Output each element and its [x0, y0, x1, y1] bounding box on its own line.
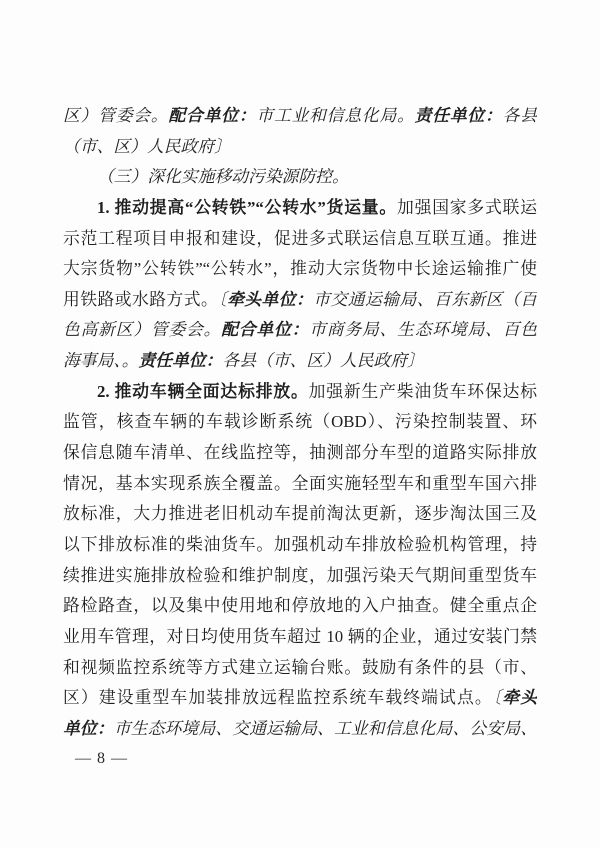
text-line: 2. 推动车辆全面达标排放。加强新生产柴油货车环保达标 [63, 377, 537, 408]
text-line: 监管，核查车辆的车载诊断系统（OBD）、污染控制装置、环 [63, 407, 537, 438]
text-run: 配合单位： [169, 106, 257, 125]
text-run: （三）深化实施移动污染源防控。 [97, 167, 349, 186]
text-run: 业用车管理，对日均使用货车超过 10 辆的企业，通过安装门禁 [63, 627, 537, 646]
text-run: 大宗货物”公转铁”“公转水”，推动大宗货物中长途运输推广使 [63, 259, 537, 278]
text-run: 海事局、。 [63, 351, 139, 370]
text-line: 续推进实施排放检验和维护制度，加强污染天气期间重型货车 [63, 561, 537, 592]
text-run: 加强国家多式联运 [397, 198, 537, 217]
text-line: 情况，基本实现系族全覆盖。全面实施轻型车和重型车国六排 [63, 469, 537, 500]
text-run: 加强新生产柴油货车环保达标 [309, 382, 537, 401]
text-line: 用铁路或水路方式。〔牵头单位：市交通运输局、百东新区（百 [63, 285, 537, 316]
text-run: 责任单位： [415, 106, 503, 125]
text-run: 区）建设重型车加装排放远程监控系统车载终端试点。 [63, 688, 493, 707]
page-number: — 8 — [75, 750, 128, 768]
text-run: 保信息随车清单、在线监控等，抽测部分车型的道路实际排放 [63, 443, 537, 462]
text-line: 区）建设重型车加装排放远程监控系统车载终端试点。〔牵头 [63, 683, 537, 714]
text-line: 放标准，大力推进老旧机动车提前淘汰更新，逐步淘汰国三及 [63, 499, 537, 530]
document-page: 区）管委会。配合单位：市工业和信息化局。责任单位：各县（市、区）人民政府〕（三）… [0, 0, 600, 848]
text-run: 监管，核查车辆的车载诊断系统（OBD）、污染控制装置、环 [63, 412, 537, 431]
text-run: 单位： [63, 719, 114, 738]
text-line: 1. 推动提高“公转铁”“公转水”货运量。加强国家多式联运 [63, 193, 537, 224]
text-line: 色高新区）管委会。配合单位：市商务局、生态环境局、百色 [63, 315, 537, 346]
text-run: 续推进实施排放检验和维护制度，加强污染天气期间重型货车 [63, 566, 537, 585]
text-line: 海事局、。责任单位：各县（市、区）人民政府〕 [63, 346, 537, 377]
text-run: （市、区）人民政府〕 [63, 137, 231, 156]
text-line: 大宗货物”公转铁”“公转水”，推动大宗货物中长途运输推广使 [63, 254, 537, 285]
text-run: 牵头单位： [227, 290, 313, 309]
text-run: 市工业和信息化局。 [256, 106, 414, 125]
text-line: 以下排放标准的柴油货车。加强机动车排放检验机构管理，持 [63, 530, 537, 561]
text-line: 和视频监控系统等方式建立运输台账。鼓励有条件的县（市、 [63, 653, 537, 684]
text-run: 牵头 [502, 688, 537, 707]
text-run: 市商务局、生态环境局、百色 [309, 320, 537, 339]
text-run: 和视频监控系统等方式建立运输台账。鼓励有条件的县（市、 [63, 658, 537, 677]
text-run: 责任单位： [139, 351, 223, 370]
text-run: 以下排放标准的柴油货车。加强机动车排放检验机构管理，持 [63, 535, 537, 554]
text-line: 单位：市生态环境局、交通运输局、工业和信息化局、公安局、 [63, 714, 537, 745]
text-line: 示范工程项目申报和建设，促进多式联运信息互联互通。推进 [63, 224, 537, 255]
text-run: 2. 推动车辆全面达标排放。 [97, 382, 309, 401]
text-line: 区）管委会。配合单位：市工业和信息化局。责任单位：各县 [63, 101, 537, 132]
text-run: 各县 [503, 106, 537, 125]
text-run: 各县（市、区）人民政府〕 [222, 351, 423, 370]
text-run: 用铁路或水路方式。 [63, 290, 218, 309]
text-run: 路检路查，以及集中使用地和停放地的入户抽查。健全重点企 [63, 596, 537, 615]
document-body: 区）管委会。配合单位：市工业和信息化局。责任单位：各县（市、区）人民政府〕（三）… [63, 101, 537, 744]
text-line: （市、区）人民政府〕 [63, 132, 537, 163]
text-run: 情况，基本实现系族全覆盖。全面实施轻型车和重型车国六排 [63, 474, 537, 493]
text-run: 区）管委会。 [63, 106, 169, 125]
text-line: 保信息随车清单、在线监控等，抽测部分车型的道路实际排放 [63, 438, 537, 469]
text-run: 1. 推动提高“公转铁”“公转水”货运量。 [97, 198, 397, 217]
text-run: 市生态环境局、交通运输局、工业和信息化局、公安局、 [114, 719, 537, 738]
text-run: 放标准，大力推进老旧机动车提前淘汰更新，逐步淘汰国三及 [63, 504, 537, 523]
text-run: 〔 [493, 688, 503, 707]
text-line: 业用车管理，对日均使用货车超过 10 辆的企业，通过安装门禁 [63, 622, 537, 653]
text-run: 色高新区）管委会。 [63, 320, 221, 339]
text-run: 〔 [218, 290, 227, 309]
text-run: 配合单位： [221, 320, 309, 339]
text-line: （三）深化实施移动污染源防控。 [63, 162, 537, 193]
text-run: 示范工程项目申报和建设，促进多式联运信息互联互通。推进 [63, 229, 537, 248]
text-run: 市交通运输局、百东新区（百 [313, 290, 537, 309]
text-line: 路检路查，以及集中使用地和停放地的入户抽查。健全重点企 [63, 591, 537, 622]
